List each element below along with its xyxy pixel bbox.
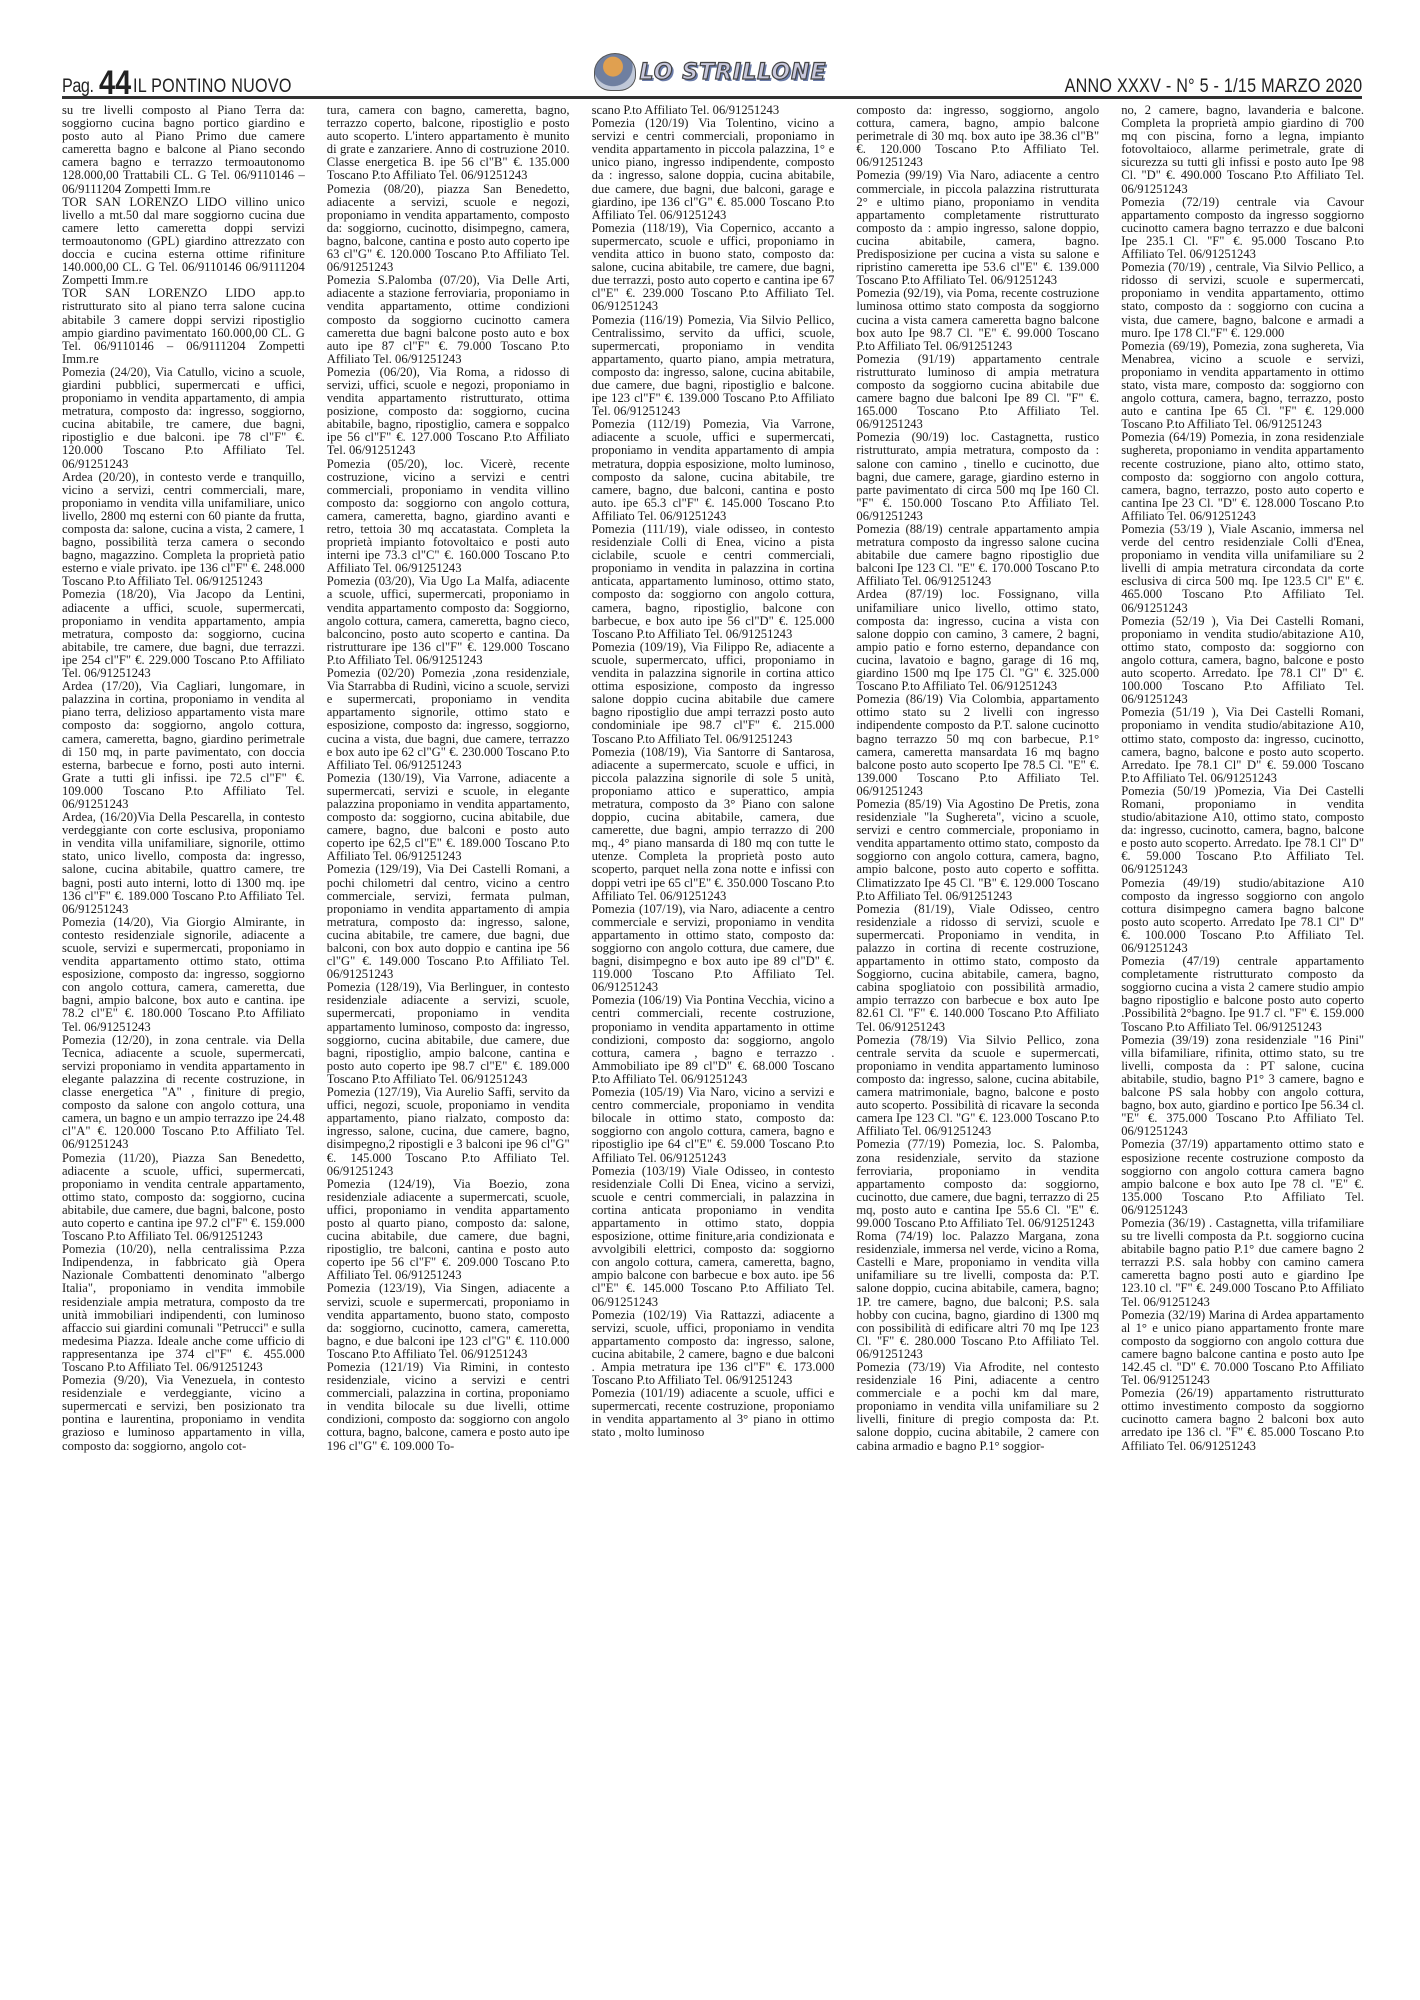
classified-ad: Pomezia (105/19) Via Naro, vicino a serv… — [592, 1086, 835, 1165]
classified-ad: Pomezia (92/19), via Poma, recente costr… — [856, 287, 1099, 352]
column-2: tura, camera con bagno, cameretta, bagno… — [327, 104, 570, 1984]
classified-ad: Pomezia (86/19) Via Colombia, appartamen… — [856, 693, 1099, 798]
classified-ad: Pomezia (05/20), loc. Vicerè, recente co… — [327, 458, 570, 576]
column-5: no, 2 camere, bagno, lavanderia e balcon… — [1121, 104, 1364, 1984]
classified-ad: Pomezia (81/19), Viale Odisseo, centro r… — [856, 903, 1099, 1034]
classified-ad: Ardea (20/20), in contesto verde e tranq… — [62, 471, 305, 589]
lo-strillone-logo: LO STRILLONE — [585, 52, 835, 92]
classified-ad: Pomezia (02/20) Pomezia ,zona residenzia… — [327, 667, 570, 772]
classified-ad: Pomezia S.Palomba (07/20), Via Delle Art… — [327, 274, 570, 366]
classified-ad: Pomezia (52/19 ), Via Dei Castelli Roman… — [1121, 615, 1364, 707]
classified-ad: Pomezia (128/19), Via Berlinguer, in con… — [327, 981, 570, 1086]
classified-ad: Pomezia (112/19) Pomezia, Via Varrone, a… — [592, 418, 835, 523]
classified-ad: Pomezia (03/20), Via Ugo La Malfa, adiac… — [327, 575, 570, 667]
classified-ad: TOR SAN LORENZO LIDO app.to ristrutturat… — [62, 287, 305, 366]
classified-ad: Pomezia (121/19) Via Rimini, in contesto… — [327, 1361, 570, 1453]
classified-ad: Pomezia (9/20), Via Venezuela, in contes… — [62, 1374, 305, 1453]
classified-ad: Roma (74/19) loc. Palazzo Margana, zona … — [856, 1230, 1099, 1361]
classified-ad: Pomezia (10/20), nella centralissima P.z… — [62, 1243, 305, 1374]
classified-ad: Pomezia (108/19), Via Santorre di Santar… — [592, 746, 835, 903]
page-header-left: Pag. 44 IL PONTINO NUOVO — [62, 68, 320, 98]
classified-ad: composto da: ingresso, soggiorno, angolo… — [856, 104, 1099, 169]
newspaper-name: IL PONTINO NUOVO — [133, 76, 292, 98]
logo-wordmark: LO STRILLONE — [640, 60, 827, 85]
classified-ad: Pomezia (26/19) appartamento ristruttura… — [1121, 1387, 1364, 1452]
classified-ad: Pomezia (36/19) . Castagnetta, villa tri… — [1121, 1217, 1364, 1309]
classified-ad: no, 2 camere, bagno, lavanderia e balcon… — [1121, 104, 1364, 196]
classified-ad: Pomezia (111/19), viale odisseo, in cont… — [592, 523, 835, 641]
classified-ad: Pomezia (53/19 ), Viale Ascanio, immersa… — [1121, 523, 1364, 615]
classified-ad: Pomezia (69/19), Pomezia, zona sughereta… — [1121, 340, 1364, 432]
classified-ad: Pomezia (102/19) Via Rattazzi, adiacente… — [592, 1309, 835, 1388]
classified-ad: Pomezia (11/20), Piazza San Benedetto, a… — [62, 1152, 305, 1244]
classified-ad: Pomezia (103/19) Viale Odisseo, in conte… — [592, 1165, 835, 1309]
column-4: composto da: ingresso, soggiorno, angolo… — [856, 104, 1099, 1984]
classified-ad: Pomezia (130/19), Via Varrone, adiacente… — [327, 772, 570, 864]
classified-ad: Pomezia (24/20), Via Catullo, vicino a s… — [62, 366, 305, 471]
classified-ad: Pomezia (70/19) , centrale, Via Silvio P… — [1121, 261, 1364, 340]
classified-ad: Pomezia (47/19) centrale appartamento co… — [1121, 955, 1364, 1034]
classified-ad: Pomezia (49/19) studio/abitazione A10 co… — [1121, 877, 1364, 956]
classified-ad: Pomezia (06/20), Via Roma, a ridosso di … — [327, 366, 570, 458]
classified-ad: Pomezia (109/19), Via Filippo Re, adiace… — [592, 641, 835, 746]
page-prefix: Pag. — [62, 76, 94, 98]
classified-ad: Pomezia (77/19) Pomezia, loc. S. Palomba… — [856, 1138, 1099, 1230]
classified-columns: su tre livelli composto al Piano Terra d… — [62, 104, 1364, 1984]
classified-ad: Pomezia (123/19), Via Singen, adiacente … — [327, 1282, 570, 1361]
classified-ad: tura, camera con bagno, cameretta, bagno… — [327, 104, 570, 183]
classified-ad: Pomezia (118/19), Via Copernico, accanto… — [592, 222, 835, 314]
classified-ad: Pomezia (88/19) centrale appartamento am… — [856, 523, 1099, 588]
classified-ad: su tre livelli composto al Piano Terra d… — [62, 104, 305, 196]
classified-ad: Pomezia (101/19) adiacente a scuole, uff… — [592, 1387, 835, 1439]
classified-ad: Pomezia (120/19) Via Tolentino, vicino a… — [592, 117, 835, 222]
classified-ad: Ardea, (16/20)Via Della Pescarella, in c… — [62, 811, 305, 916]
classified-ad: Pomezia (72/19) centrale via Cavour appa… — [1121, 196, 1364, 261]
classified-ad: Pomezia (12/20), in zona centrale. via D… — [62, 1034, 305, 1152]
classified-ad: Pomezia (129/19), Via Dei Castelli Roman… — [327, 863, 570, 981]
classified-ad: Pomezia (85/19) Via Agostino De Pretis, … — [856, 798, 1099, 903]
classified-ad: Pomezia (50/19 )Pomezia, Via Dei Castell… — [1121, 785, 1364, 877]
classified-ad: Pomezia (99/19) Via Naro, adiacente a ce… — [856, 169, 1099, 287]
classified-ad: Pomezia (124/19), Via Boezio, zona resid… — [327, 1178, 570, 1283]
classified-ad: Pomezia (64/19) Pomezia, in zona residen… — [1121, 431, 1364, 523]
issue-info: ANNO XXXV - N° 5 - 1/15 MARZO 2020 — [1064, 76, 1362, 98]
classified-ad: Ardea (17/20), Via Cagliari, lungomare, … — [62, 680, 305, 811]
classified-ad: Pomezia (32/19) Marina di Ardea appartam… — [1121, 1309, 1364, 1388]
classified-ad: Pomezia (73/19) Via Afrodite, nel contes… — [856, 1361, 1099, 1453]
classified-ad: Pomezia (08/20), piazza San Benedetto, a… — [327, 183, 570, 275]
header-divider — [62, 96, 1362, 99]
classified-ad: Pomezia (78/19) Via Silvio Pellico, zona… — [856, 1034, 1099, 1139]
classified-ad: Pomezia (90/19) loc. Castagnetta, rustic… — [856, 431, 1099, 523]
classified-ad: Pomezia (91/19) appartamento centrale ri… — [856, 353, 1099, 432]
page-number: 44 — [99, 68, 131, 98]
classified-ad: Pomezia (106/19) Via Pontina Vecchia, vi… — [592, 994, 835, 1086]
classified-ad: Ardea (87/19) loc. Fossignano, villa uni… — [856, 588, 1099, 693]
classified-ad: Pomezia (116/19) Pomezia, Via Silvio Pel… — [592, 314, 835, 419]
classified-ad: TOR SAN LORENZO LIDO villino unico livel… — [62, 196, 305, 288]
classified-ad: Pomezia (14/20), Via Giorgio Almirante, … — [62, 916, 305, 1034]
newsboy-mascot-icon — [594, 53, 636, 91]
classified-ad: Pomezia (127/19), Via Aurelio Saffi, ser… — [327, 1086, 570, 1178]
classified-ad: Pomezia (107/19), via Naro, adiacente a … — [592, 903, 835, 995]
classified-ad: Pomezia (37/19) appartamento ottimo stat… — [1121, 1138, 1364, 1217]
classified-ad: Pomezia (18/20), Via Jacopo da Lentini, … — [62, 588, 305, 680]
column-3: scano P.to Affiliato Tel. 06/91251243Pom… — [592, 104, 835, 1984]
column-1: su tre livelli composto al Piano Terra d… — [62, 104, 305, 1984]
classified-ad: Pomezia (39/19) zona residenziale "16 Pi… — [1121, 1034, 1364, 1139]
classified-ad: Pomezia (51/19 ), Via Dei Castelli Roman… — [1121, 706, 1364, 785]
